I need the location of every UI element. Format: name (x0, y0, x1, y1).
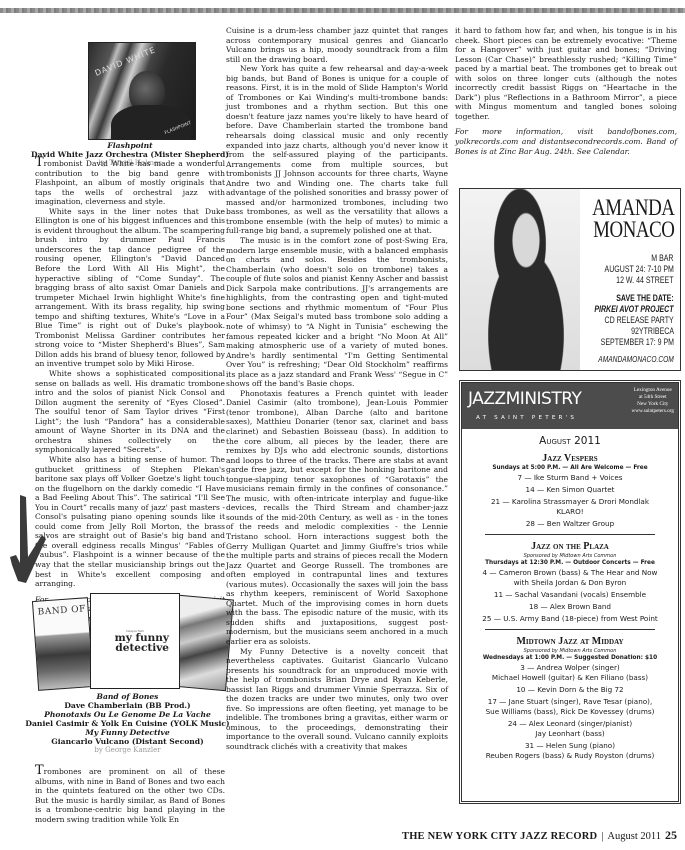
schedule-entry-line: 31 — Helen Sung (piano) (462, 741, 678, 751)
jazz-ministry-logo: JAZZMINISTRY (468, 389, 581, 409)
review2-more-info-note: For more information, visit bandofbones.… (455, 127, 677, 156)
schedule-entry: 31 — Helen Sung (piano)Reuben Rogers (ba… (462, 741, 678, 761)
schedule-sections: Jazz VespersSundays at 5:00 P.M. — All A… (462, 453, 678, 761)
schedule-entry: 3 — Andrea Wolper (singer)Michael Howell… (462, 663, 678, 683)
schedule-entry-line: 11 — Sachal Vasandani (vocals) Ensemble (462, 590, 678, 600)
album-title: Phonotaxis Ou Le Genome De La Vache (20, 710, 235, 719)
page-footer: THE NEW YORK CITY JAZZ RECORD|August 201… (402, 828, 677, 843)
ad-save-date: SAVE THE DATE: (617, 293, 674, 304)
review2-paragraph: New York has quite a few rehearsal and d… (226, 64, 448, 236)
schedule-entry-line: 24 — Alex Leonard (singer/pianist) (462, 719, 678, 729)
review1-paragraph-1: Trombonist David White has made a wonder… (35, 158, 225, 207)
schedule-entry-line: 14 — Ken Simon Quartet (462, 485, 678, 495)
website-link[interactable]: www.saintpeters.org (632, 408, 675, 415)
schedule-entry: 4 — Cameron Brown (bass) & The Hear and … (462, 568, 678, 588)
review2-paragraph: Cuisine is a drum-less chamber jazz quin… (226, 26, 448, 64)
schedule-entry-line: 17 — Jane Stuart (singer), Rave Tesar (p… (462, 697, 678, 707)
ad-photo (460, 189, 580, 371)
review2-body-column-2: Cuisine is a drum-less chamber jazz quin… (226, 26, 448, 752)
jazz-ministry-header: JAZZMINISTRY AT SAINT PETER'S Lexington … (462, 383, 678, 429)
schedule-entry: 28 — Ben Waltzer Group (462, 519, 678, 529)
address-line: at 54th Street (632, 394, 675, 401)
review1-paragraph-3: White shows a sophisticated compositiona… (35, 369, 225, 455)
ad-date: AUGUST 24: 7-10 PM (605, 264, 674, 275)
ad-date-2: SEPTEMBER 17: 9 PM (601, 337, 674, 348)
schedule-entry-line: Michael Howell (guitar) & Ken Filiano (b… (462, 673, 678, 683)
review2-paragraph: Phonotaxis features a French quintet wit… (226, 389, 448, 647)
schedule-section-title: Jazz on the Plaza (462, 541, 678, 552)
cover-title: my funny detective (101, 634, 169, 653)
top-rule (0, 8, 685, 13)
review2-paragraph: The music is in the comfort zone of post… (226, 236, 448, 389)
album-artist: Daniel Casimir & Yolk En Cuisine (YOLK M… (20, 719, 235, 728)
section-schedule-time: Thursdays at 12:30 P.M. — Outdoor Concer… (462, 560, 678, 566)
section-schedule-time: Sundays at 5:00 P.M. — All Are Welcome —… (462, 465, 678, 471)
band-of-bones-cover: BAND OF (32, 597, 94, 691)
schedule-entry: 18 — Alex Brown Band (462, 602, 678, 612)
album-artist: Giancarlo Vulcano (Distant Second) (20, 737, 235, 746)
review1-paragraph-2: White says in the liner notes that Duke … (35, 207, 225, 369)
schedule-entry: 21 — Karolina Strassmayer & Drori Mondla… (462, 497, 678, 517)
section-sponsor: Sponsored by Midtown Arts Common (462, 648, 678, 654)
schedule-entry: 14 — Ken Simon Quartet (462, 485, 678, 495)
page-number: 25 (665, 828, 677, 842)
review2-album-covers: BAND OF Despre Tatil my funny detective (35, 593, 230, 693)
schedule-entry-line: Sue Williams (bass), Rick De Kovessey (d… (462, 707, 678, 717)
issue-date: August 2011 (607, 831, 661, 842)
address-line: Lexington Avenue (632, 387, 675, 394)
schedule-month: August 2011 (462, 435, 678, 447)
ad-project: PIRKEI AVOT PROJECT (595, 304, 674, 315)
schedule-entry-line: 3 — Andrea Wolper (singer) (462, 663, 678, 673)
review-byline: by George Kanzler (20, 746, 235, 755)
schedule-entry: 17 — Jane Stuart (singer), Rave Tesar (p… (462, 697, 678, 717)
footer-separator: | (601, 831, 603, 842)
ad-address: 12 W. 44 STREET (617, 275, 674, 286)
schedule-entry-line: Reuben Rogers (bass) & Rudy Royston (dru… (462, 751, 678, 761)
section-sponsor: Sponsored by Midtown Arts Common (462, 553, 678, 559)
publication-name: THE NEW YORK CITY JAZZ RECORD (402, 831, 597, 842)
album-title: My Funny Detective (20, 728, 235, 737)
schedule-entry-line: 4 — Cameron Brown (bass) & The Hear and … (462, 568, 678, 578)
schedule-entry-line: 21 — Karolina Strassmayer & Drori Mondla… (462, 497, 678, 507)
schedule-entry-line: KLARO! (462, 507, 678, 517)
address-line: New York City (632, 401, 675, 408)
cover-portrait-body (111, 105, 191, 140)
review2-paragraph: it hard to fathom how far, and when, his… (455, 26, 677, 121)
jazz-ministry-logo-sub: AT SAINT PETER'S (476, 415, 577, 421)
section-divider (485, 534, 655, 535)
cover-label: BAND OF (37, 604, 86, 617)
review2-body-column-3: it hard to fathom how far, and when, his… (455, 26, 677, 156)
review2-paragraph: My Funny Detective is a novelty conceit … (226, 647, 448, 752)
album-title: Band of Bones (20, 692, 235, 701)
review2-paragraph-1: Trombones are prominent on all of these … (35, 766, 225, 824)
ad-event: CD RELEASE PARTY (605, 315, 674, 326)
schedule-section-title: Jazz Vespers (462, 453, 678, 464)
review2-caption: Band of Bones Dave Chamberlain (BB Prod.… (20, 692, 235, 755)
section-schedule-time: Wednesdays at 1:00 P.M. — Suggested Dona… (462, 655, 678, 661)
ad-website-link[interactable]: AMANDAMONACO.COM (598, 354, 674, 364)
schedule-entry: 11 — Sachal Vasandani (vocals) Ensemble (462, 590, 678, 600)
ad-venue: M BAR (652, 253, 674, 264)
flashpoint-album-cover: DAVID WHITE FLASHPOINT (88, 42, 196, 140)
review1-body: Trombonist David White has made a wonder… (35, 158, 225, 623)
ad-venue-2: 92YTRIBECA (631, 326, 674, 337)
album-artist: Dave Chamberlain (BB Prod.) (20, 701, 235, 710)
jazz-ministry-ad: JAZZMINISTRY AT SAINT PETER'S Lexington … (459, 380, 681, 804)
jazz-ministry-address: Lexington Avenue at 54th Street New York… (632, 387, 675, 415)
ad-name-line: AMANDA (592, 197, 674, 219)
schedule-entry-line: 7 — Ike Sturm Band + Voices (462, 473, 678, 483)
schedule-entry: 24 — Alex Leonard (singer/pianist)Jay Le… (462, 719, 678, 739)
schedule-entry-line: 10 — Kevin Dorn & the Big 72 (462, 685, 678, 695)
schedule-entry: 7 — Ike Sturm Band + Voices (462, 473, 678, 483)
schedule-entry: 10 — Kevin Dorn & the Big 72 (462, 685, 678, 695)
my-funny-detective-cover: Despre Tatil my funny detective (90, 593, 180, 689)
schedule-section-title: Midtown Jazz at Midday (462, 636, 678, 647)
phonotaxis-cover (171, 595, 234, 691)
section-divider (485, 629, 655, 630)
review2-intro: Trombones are prominent on all of these … (35, 766, 225, 824)
review1-paragraph-4: White also has a biting sense of humor. … (35, 455, 225, 589)
schedule-entry-line: 28 — Ben Waltzer Group (462, 519, 678, 529)
ad-name-line: MONACO (592, 219, 674, 241)
amanda-monaco-ad: AMANDA MONACO M BAR AUGUST 24: 7-10 PM 1… (459, 188, 681, 371)
schedule-entry-line: with Sheila Jordan & Don Byron (462, 578, 678, 588)
schedule-entry-line: Jay Leonhart (bass) (462, 729, 678, 739)
ad-headline: AMANDA MONACO (592, 197, 674, 241)
checkmark-arrow-icon (8, 495, 48, 585)
schedule-entry-line: 25 — U.S. Army Band (18-piece) from West… (462, 614, 678, 624)
schedule-entry-line: 18 — Alex Brown Band (462, 602, 678, 612)
schedule-entry: 25 — U.S. Army Band (18-piece) from West… (462, 614, 678, 624)
album-title: Flashpoint (30, 141, 230, 150)
